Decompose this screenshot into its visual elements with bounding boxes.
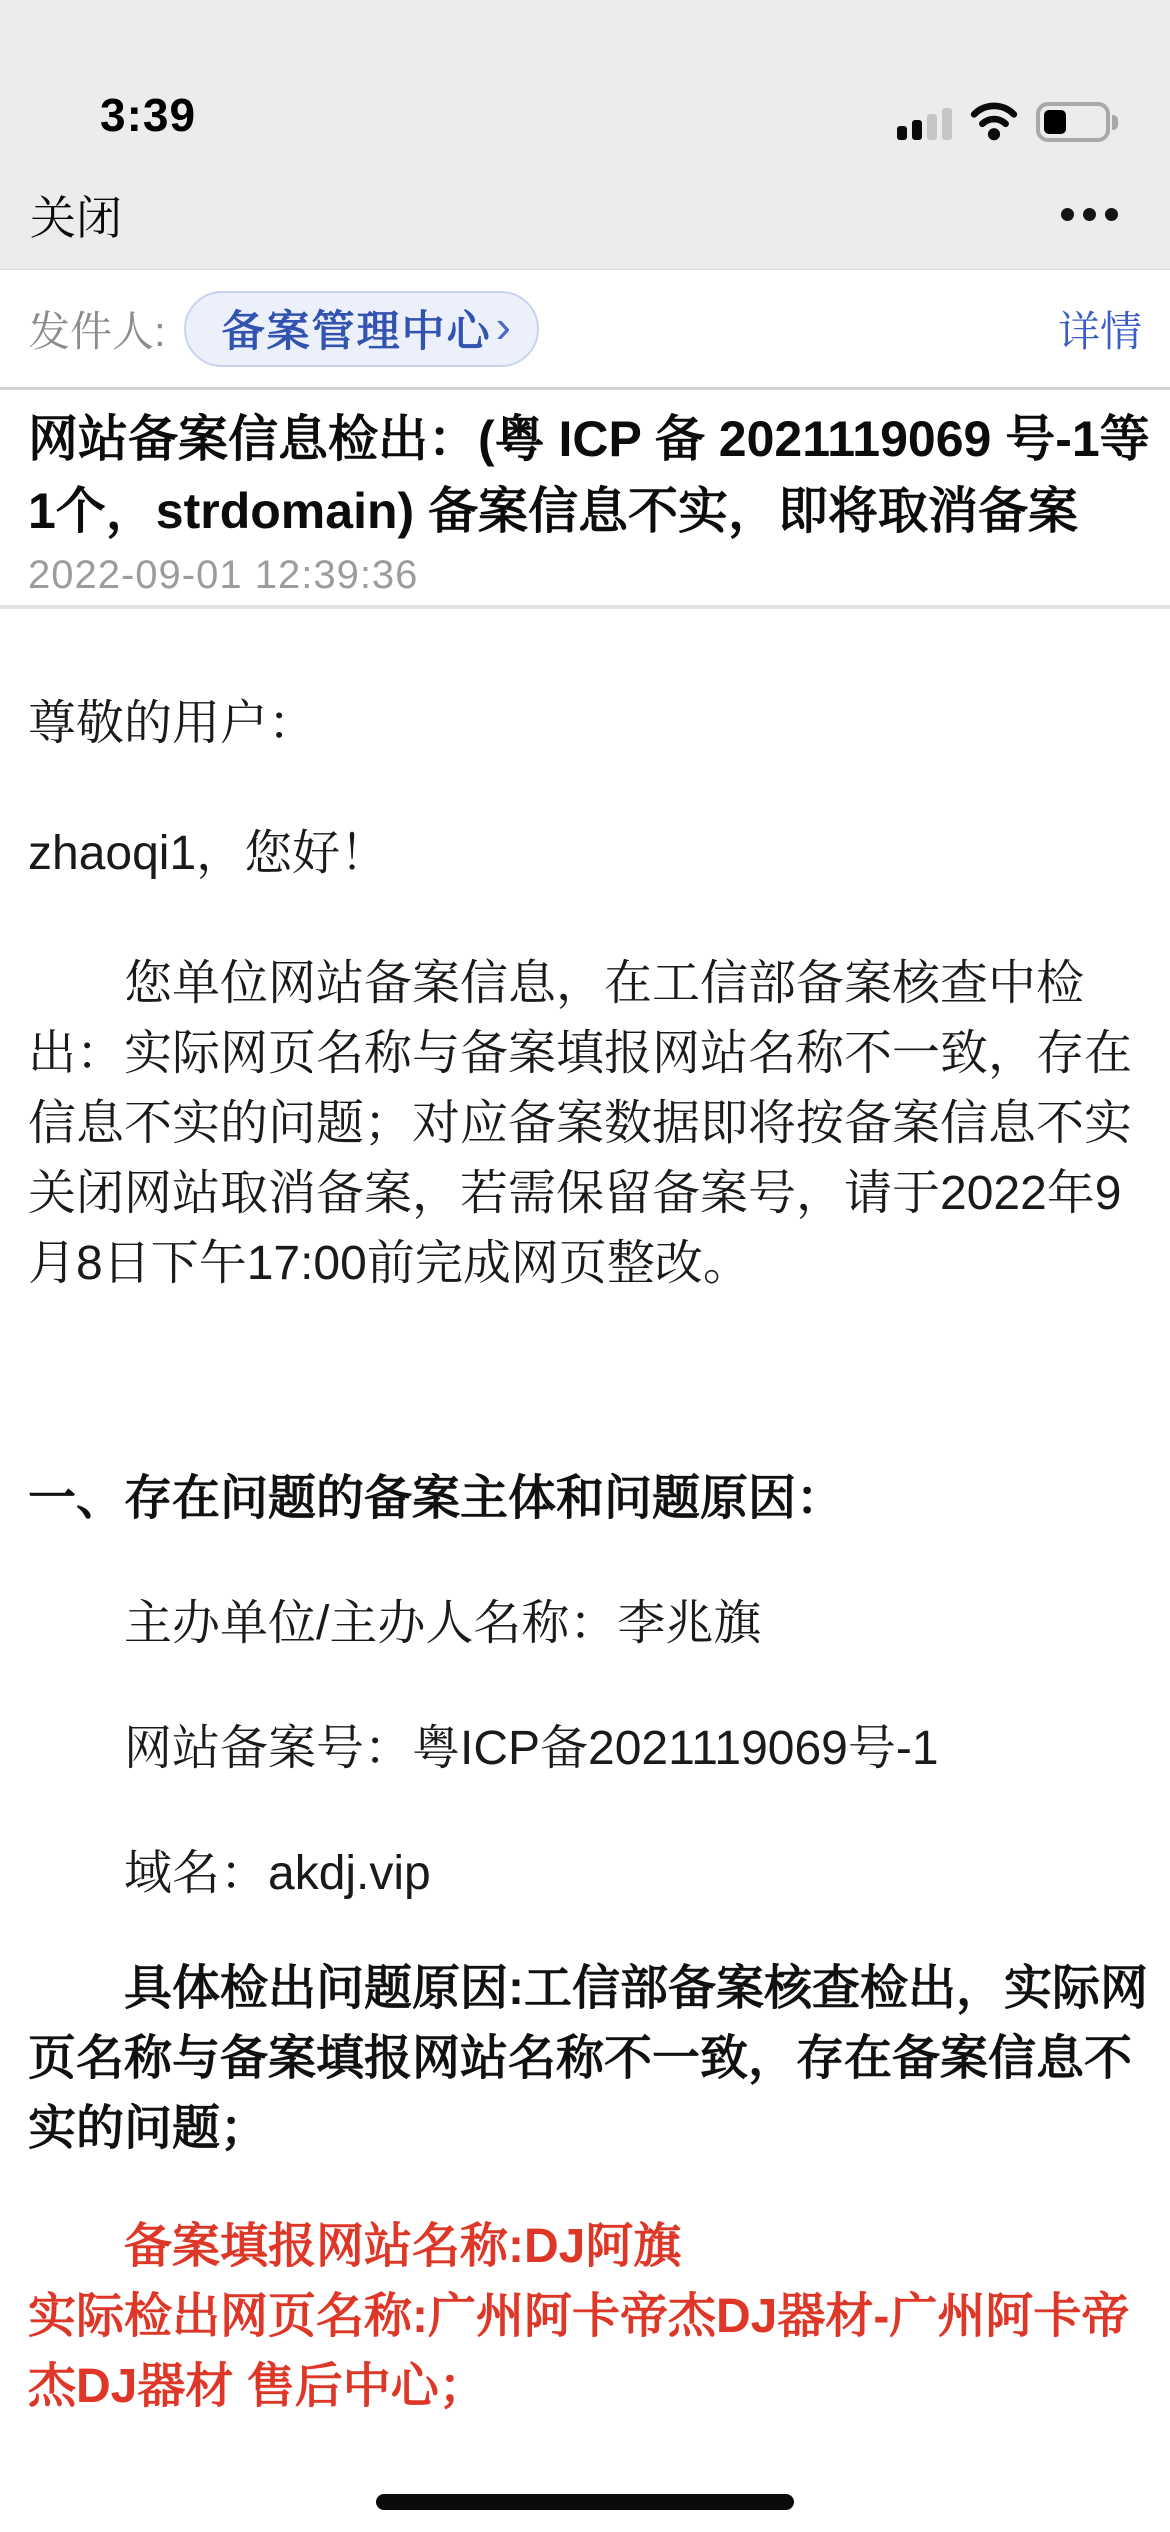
- cellular-signal-icon: [897, 104, 952, 142]
- email-subject-line-2: 1个，strdomain) 备案信息不实，即将取消备案: [28, 475, 1142, 547]
- body-line: 页名称与备案填报网站名称不一致，存在备案信息不: [28, 2024, 1142, 2094]
- battery-level: [1044, 110, 1066, 134]
- signal-bar-4: [942, 108, 952, 140]
- email-subject-line-1: 网站备案信息检出：(粤 ICP 备 2021119069 号-1等: [28, 403, 1142, 475]
- more-options-button[interactable]: [1061, 198, 1118, 231]
- alert-line: 备案填报网站名称:DJ阿旗: [28, 2212, 1142, 2282]
- chevron-right-icon: ›: [496, 303, 511, 349]
- body-line: 域名：akdj.vip: [28, 1839, 1142, 1909]
- wifi-icon: [966, 100, 1022, 142]
- organizer-item: 主办单位/主办人名称：李兆旗: [28, 1589, 1142, 1659]
- body-line: 关闭网站取消备案，若需保留备案号，请于2022年9: [28, 1159, 1142, 1229]
- sender-badge[interactable]: 备案管理中心 ›: [184, 291, 539, 367]
- dot-icon: [1061, 208, 1074, 221]
- sender-label: 发件人:: [28, 299, 166, 359]
- body-line: 网站备案号：粤ICP备2021119069号-1: [28, 1714, 1142, 1784]
- sender-name: 备案管理中心: [222, 298, 492, 359]
- body-line: 月8日下午17:00前完成网页整改。: [28, 1229, 1142, 1299]
- heading-line: 一、存在问题的备案主体和问题原因：: [28, 1464, 1142, 1534]
- body-line: 出：实际网页名称与备案填报网站名称不一致，存在: [28, 1019, 1142, 1089]
- body-line: 主办单位/主办人名称：李兆旗: [28, 1589, 1142, 1659]
- greeting-paragraph: zhaoqi1，您好！: [28, 819, 1142, 889]
- mail-detail-screen: 3:39 关闭: [0, 0, 1170, 2532]
- alert-line: 实际检出网页名称:广州阿卡帝杰DJ器材-广州阿卡帝: [28, 2282, 1142, 2352]
- body-line: 信息不实的问题；对应备案数据即将按备案信息不实: [28, 1089, 1142, 1159]
- signal-bar-2: [912, 120, 922, 140]
- close-button[interactable]: 关闭: [30, 182, 122, 248]
- signal-bar-1: [897, 126, 907, 140]
- problem-reason-paragraph: 具体检出问题原因:工信部备案核查检出，实际网 页名称与备案填报网站名称不一致，存…: [28, 1954, 1142, 2164]
- sender-row: 发件人: 备案管理中心 › 详情: [0, 270, 1170, 390]
- alert-line: 杰DJ器材 售后中心；: [28, 2352, 1142, 2422]
- body-line: 您单位网站备案信息，在工信部备案核查中检: [28, 949, 1142, 1019]
- details-button[interactable]: 详情: [1058, 299, 1142, 359]
- body-line: 具体检出问题原因:工信部备案核查检出，实际网: [28, 1954, 1142, 2024]
- nav-bar: 关闭: [0, 170, 1170, 270]
- home-indicator[interactable]: [376, 2494, 794, 2510]
- greeting-paragraph: 尊敬的用户：: [28, 689, 1142, 759]
- dot-icon: [1083, 208, 1096, 221]
- email-body: 尊敬的用户： zhaoqi1，您好！ 您单位网站备案信息，在工信部备案核查中检 …: [0, 609, 1170, 2422]
- section-heading: 一、存在问题的备案主体和问题原因：: [28, 1464, 1142, 1534]
- body-line: 实的问题；: [28, 2094, 1142, 2164]
- signal-bar-3: [927, 114, 937, 140]
- domain-item: 域名：akdj.vip: [28, 1839, 1142, 1909]
- status-bar: 3:39: [0, 0, 1170, 170]
- email-date: 2022-09-01 12:39:36: [28, 553, 1142, 597]
- alert-paragraph: 备案填报网站名称:DJ阿旗 实际检出网页名称:广州阿卡帝杰DJ器材-广州阿卡帝 …: [28, 2212, 1142, 2422]
- battery-cap: [1112, 115, 1118, 130]
- body-line: 尊敬的用户：: [28, 689, 1142, 759]
- battery-icon: [1036, 102, 1118, 142]
- body-line: zhaoqi1，您好！: [28, 819, 1142, 889]
- status-icons: [897, 100, 1118, 142]
- clock: 3:39: [100, 88, 196, 142]
- icp-number-item: 网站备案号：粤ICP备2021119069号-1: [28, 1714, 1142, 1784]
- dot-icon: [1105, 208, 1118, 221]
- battery-body: [1036, 102, 1110, 142]
- subject-block: 网站备案信息检出：(粤 ICP 备 2021119069 号-1等 1个，str…: [0, 390, 1170, 609]
- notice-paragraph: 您单位网站备案信息，在工信部备案核查中检 出：实际网页名称与备案填报网站名称不一…: [28, 949, 1142, 1299]
